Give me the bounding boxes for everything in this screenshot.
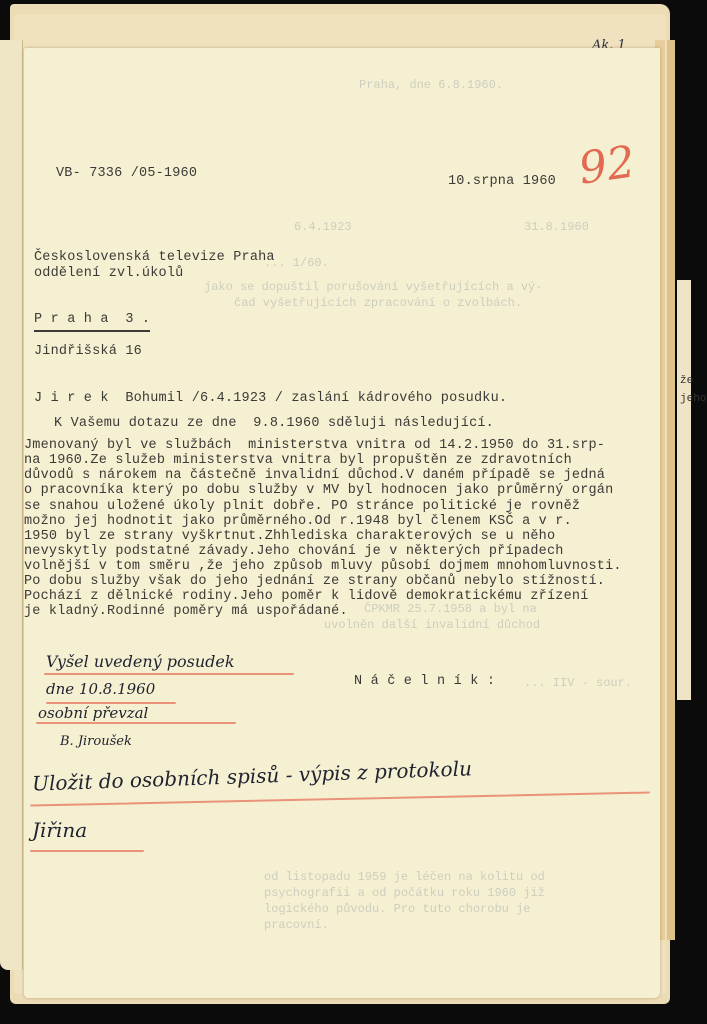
body-line: na 1960.Ze služeb ministerstva vnitra by… bbox=[24, 453, 572, 468]
handwritten-note: Vyšel uvedený posudek bbox=[46, 652, 235, 671]
body-line: se snahou uložené úkoly plnit dobře. PO … bbox=[24, 499, 580, 514]
ghost-text: ČPKMR 25.7.1958 a byl na bbox=[364, 602, 537, 616]
handwritten-signature: B. Jiroušek bbox=[60, 734, 132, 749]
reference-number: VB- 7336 /05-1960 bbox=[56, 166, 197, 181]
paper-edge-tab bbox=[677, 280, 691, 700]
folio-number: 92 bbox=[576, 136, 639, 194]
greeting-line: K Vašemu dotazu ze dne 9.8.1960 sděluji … bbox=[54, 416, 494, 431]
recipient-line-1: Československá televize Praha bbox=[34, 250, 275, 265]
body-line: Po dobu služby však do jeho jednání ze s… bbox=[24, 574, 605, 589]
ghost-text: psychografii a od počátku roku 1960 již bbox=[264, 886, 545, 900]
red-underline bbox=[44, 673, 294, 675]
side-fragment: jeho bbox=[680, 393, 706, 405]
city-underline bbox=[34, 330, 150, 332]
body-line: nevyskytly podstatné závady.Jeho chování… bbox=[24, 544, 564, 559]
handwritten-signature: Jiřina bbox=[32, 818, 87, 842]
document-page: Praha, dne 6.8.1960. 6.4.1923 31.8.1960 … bbox=[24, 48, 660, 998]
recipient-line-2: oddělení zvl.úkolů bbox=[34, 266, 183, 281]
red-underline bbox=[30, 792, 650, 807]
body-line: je kladný.Rodinné poměry má uspořádané. bbox=[24, 604, 348, 619]
side-fragment: že bbox=[680, 375, 693, 387]
ghost-text: uvolněn další invalidní důchod bbox=[324, 618, 540, 632]
ghost-text: čad vyšetřujících zpracování o zvolbách. bbox=[234, 296, 522, 310]
ghost-text: Praha, dne 6.8.1960. bbox=[359, 78, 503, 92]
handwritten-note: dne 10.8.1960 bbox=[46, 680, 155, 698]
ghost-text: 6.4.1923 bbox=[294, 220, 352, 234]
handwritten-note: osobní převzal bbox=[38, 704, 148, 722]
body-line: 1950 byl ze strany vyškrtnut.Zhhlediska … bbox=[24, 529, 555, 544]
red-underline bbox=[36, 722, 236, 724]
body-line: o pracovníka který po dobu služby v MV b… bbox=[24, 483, 613, 498]
ghost-text: ... IIV - sour. bbox=[524, 676, 632, 690]
recipient-street: Jindřišská 16 bbox=[34, 344, 142, 359]
binding-edge bbox=[0, 40, 23, 970]
ghost-text: od listopadu 1959 je léčen na kolitu od bbox=[264, 870, 545, 884]
body-line: Pochází z dělnické rodiny.Jeho poměr k l… bbox=[24, 589, 589, 604]
recipient-city: P r a h a 3 . bbox=[34, 312, 150, 327]
ghost-text: logického původu. Pro tuto chorobu je bbox=[264, 902, 530, 916]
body-line: možno jej hodnotit jako průměrného.Od r.… bbox=[24, 514, 572, 529]
document-date: 10.srpna 1960 bbox=[448, 174, 556, 189]
paper-edge bbox=[667, 40, 675, 940]
ghost-text: pracovní. bbox=[264, 918, 329, 932]
red-underline bbox=[30, 850, 144, 852]
signature-label: N á č e l n í k : bbox=[354, 674, 495, 689]
ghost-text: 31.8.1960 bbox=[524, 220, 589, 234]
handwritten-instruction: Uložit do osobních spisů - výpis z proto… bbox=[32, 756, 473, 795]
body-line: důvodů s nárokem na částečně invalidní d… bbox=[24, 468, 605, 483]
body-line: Jmenovaný byl ve službách ministerstva v… bbox=[24, 438, 605, 453]
subject-line: J i r e k Bohumil /6.4.1923 / zaslání ká… bbox=[34, 391, 507, 406]
body-line: volnější v tom směru ,že jeho způsob mlu… bbox=[24, 559, 622, 574]
ghost-text: jako se dopuštil porušování vyšetřujícíc… bbox=[204, 280, 542, 294]
